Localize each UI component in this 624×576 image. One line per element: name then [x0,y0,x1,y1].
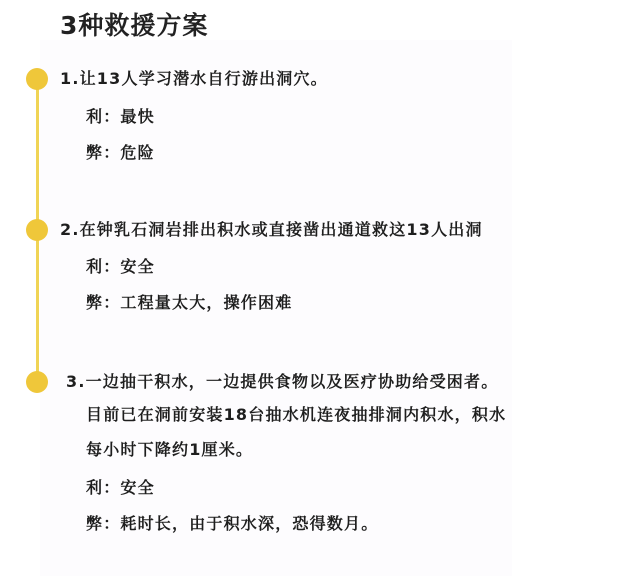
timeline-dot-2-icon [26,219,48,241]
timeline-dot-1-icon [26,68,48,90]
plan-2-con: 弊：工程量太大，操作困难 [86,293,292,313]
page-title: 3种救援方案 [60,6,208,42]
plan-3-con: 弊：耗时长，由于积水深，恐得数月。 [86,514,378,534]
plan-3-pro: 利：安全 [86,478,155,498]
timeline-dot-3-icon [26,371,48,393]
plan-3-detail-1: 目前已在洞前安装18台抽水机连夜抽排洞内积水，积水 [86,405,506,425]
plan-1-pro: 利：最快 [86,107,155,127]
plan-1-heading: 1.让13人学习潜水自行游出洞穴。 [60,69,328,89]
plan-2-heading: 2.在钟乳石洞岩排出积水或直接凿出通道救这13人出洞 [60,220,483,240]
plan-1-con: 弊：危险 [86,143,155,163]
plan-2-pro: 利：安全 [86,257,155,277]
plan-3-heading: 3.一边抽干积水，一边提供食物以及医疗协助给受困者。 [66,372,498,392]
plan-3-detail-2: 每小时下降约1厘米。 [86,440,253,460]
